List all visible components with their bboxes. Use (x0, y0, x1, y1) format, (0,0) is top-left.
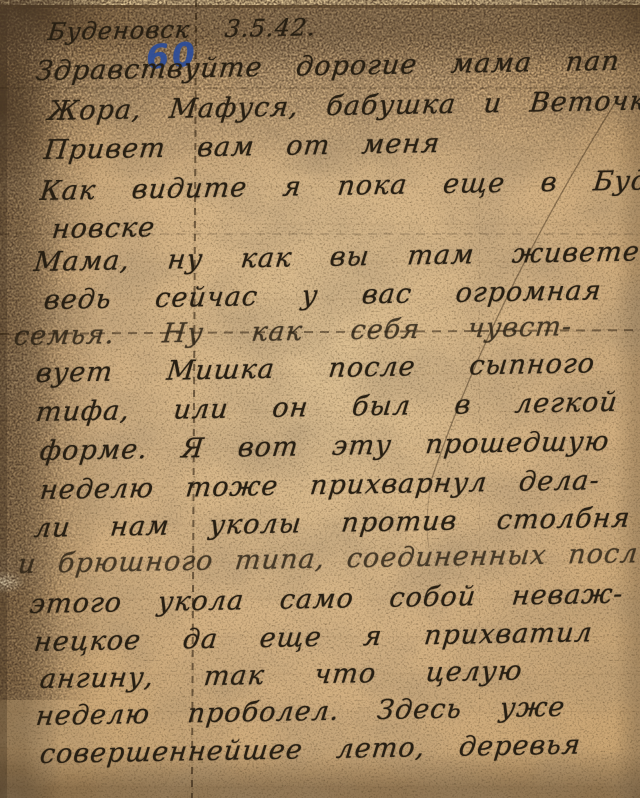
letter-date: 3.5.42. (224, 13, 318, 43)
handwriting-line: нецкое да еще я прихватил (33, 619, 595, 656)
handwriting-line: ангину, так что целую (39, 658, 524, 693)
handwriting-line: тифа, или он был в легкой (35, 389, 620, 426)
handwriting-line: этого укола само собой неваж- (29, 581, 625, 618)
handwriting-line: совершеннейшее лето, деревья (39, 732, 583, 768)
handwriting-line: Привет вам от меня (43, 130, 442, 164)
handwriting-line: вует Мишка после сыпного (35, 350, 597, 387)
handwriting-line: ли нам уколы против столбня (33, 505, 632, 542)
handwriting-line: Жора, Мафуся, бабушка и Веточка (47, 87, 640, 125)
handwriting-line: неделю проболел. Здесь уже (35, 694, 567, 730)
handwriting-line: форме. Я вот эту прошедшую (39, 428, 611, 465)
letter-scan-page: Буденовск 3.5.42. 60 Здравствуйте дороги… (0, 0, 640, 798)
handwriting-line: ведь сейчас у вас огромная (43, 277, 603, 314)
handwriting-line: Как видите я пока еще в Буде- (39, 167, 640, 205)
handwriting-line: семья. Ну как себя чувст- (13, 313, 574, 350)
handwriting-line: Здравствуйте дорогие мама пап (35, 48, 622, 85)
handwriting-line: и брюшного типа, соединенных посл (17, 540, 640, 578)
handwriting-line: Мама, ну как вы там живете (33, 238, 640, 276)
handwriting-line: новске (51, 214, 157, 243)
handwriting-line: неделю тоже прихварнул дела- (39, 467, 602, 504)
